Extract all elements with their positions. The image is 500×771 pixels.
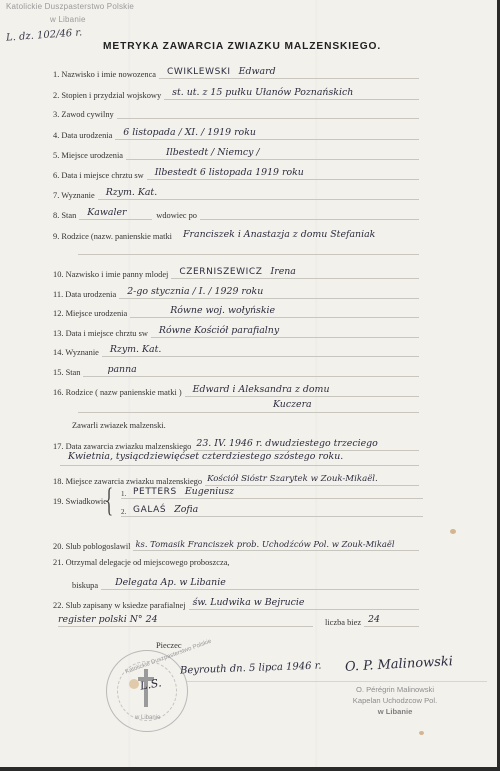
- field-groom-parents: 9. Rodzice (nazw. panienskie matki Franc…: [53, 227, 419, 241]
- groom-birth-date-value: 6 listopada / XI. / 1919 roku: [115, 127, 419, 140]
- bride-name-value: CZERNISZEWICZIrena: [171, 266, 419, 279]
- scan-edge: [0, 767, 500, 771]
- groom-military-rank-value: st. ut. z 15 pułku Ułanów Poznańskich: [164, 87, 419, 100]
- field-parish-registry: 22. Slub zapisany w ksiedze parafialnej …: [53, 596, 419, 610]
- field-groom-baptism: 6. Data i miejsce chrztu sw Ilbestedt 6 …: [53, 166, 419, 180]
- issuer-stamp-line2: w Libanie: [6, 15, 134, 24]
- stain: [419, 731, 424, 735]
- field-bride-baptism: 13. Data i miejsce chrztu sw Równe Kości…: [53, 324, 419, 338]
- field-marriage-date: 17. Data zawarcia zwiazku malzenskiego 2…: [53, 437, 419, 451]
- field-bishop-delegation: biskupa Delegata Ap. w Libanie: [72, 576, 419, 590]
- field-registry-continuation: register polski N° 24 liczba biez 24: [58, 613, 419, 627]
- marriage-date-value: 23. IV. 1946 r. dwudziestego trzeciego: [194, 438, 419, 451]
- stain: [450, 529, 456, 534]
- groom-status-value: Kawaler: [79, 207, 152, 220]
- bride-birth-place-value: Równe woj. wołyńskie: [130, 305, 419, 318]
- issuer-stamp-line1: Katolickie Duszpasterstwo Polskie: [6, 2, 134, 11]
- field-groom-status: 8. Stan Kawaler wdowiec po: [53, 206, 419, 220]
- chaplain-stamp: O. Pérégrin Malinowski Kapelan Uchodzcow…: [340, 684, 450, 717]
- field-groom-religion: 7. Wyznanie Rzym. Kat.: [53, 186, 419, 200]
- place-and-date: Beyrouth dn. 5 lipca 1946 r.: [180, 661, 322, 677]
- bride-parents-value: Edward i Aleksandra z domu: [185, 384, 419, 397]
- field-bride-religion: 14. Wyznanie Rzym. Kat.: [53, 343, 419, 357]
- groom-religion-value: Rzym. Kat.: [98, 187, 419, 200]
- field-bride-status: 15. Stan panna: [53, 363, 419, 377]
- witness-2: 2. GALAŚZofia: [121, 502, 423, 517]
- seal-label: Pieczec: [156, 641, 182, 650]
- reference-number: L. dz. 102/46 r.: [6, 27, 83, 43]
- field-bride-parents: 16. Rodzice ( nazw panienskie matki ) Ed…: [53, 383, 419, 397]
- witness-1: 1. PETTERSEugeniusz: [121, 484, 423, 499]
- groom-civil-occupation-value: [117, 118, 419, 119]
- priest-signature: O. P. Malinowski: [345, 654, 454, 675]
- marriage-certificate: Katolickie Duszpasterstwo Polskie w Liba…: [0, 0, 497, 767]
- field-bride-birth-date: 11. Data urodzenia 2-go stycznia / I. / …: [53, 285, 419, 299]
- groom-birth-place-value: Ilbestedt / Niemcy /: [126, 147, 419, 160]
- parish-registry-value: św. Ludwika w Bejrucie: [189, 597, 419, 610]
- current-number-value: 24: [364, 614, 419, 627]
- bride-birth-date-value: 2-go stycznia / I. / 1929 roku: [119, 286, 419, 299]
- widower-label: wdowiec po: [156, 211, 197, 220]
- field-groom-birth-place: 5. Miejsce urodzenia Ilbestedt / Niemcy …: [53, 146, 419, 160]
- field-bride-birth-place: 12. Miejsce urodzenia Równe woj. wołyńsk…: [53, 304, 419, 318]
- witnesses-field: 19. Swiadkowie { 1. PETTERSEugeniusz 2. …: [53, 484, 423, 520]
- bride-baptism-value: Równe Kościół parafialny: [151, 325, 419, 338]
- groom-baptism-value: Ilbestedt 6 listopada 1919 roku: [147, 167, 419, 180]
- document-title: METRYKA ZAWARCIA ZWIAZKU MALZENSKIEGO.: [103, 41, 381, 52]
- current-number-label: liczba biez: [325, 618, 361, 627]
- field-groom-birth-date: 4. Data urodzenia 6 listopada / XI. / 19…: [53, 126, 419, 140]
- registry-continuation-value: register polski N° 24: [58, 614, 313, 627]
- delegation-label: 21. Otrzymal delegacje od miejscowego pr…: [53, 558, 230, 567]
- brace-icon: {: [105, 484, 113, 518]
- field-bride-name: 10. Nazwisko i imie panny mlodej CZERNIS…: [53, 265, 419, 279]
- groom-name-value: CWIKLEWSKIEdward: [159, 66, 419, 79]
- officiant-value: ks. Tomasik Franciszek prob. Uchodźców P…: [133, 538, 419, 551]
- bride-status-value: panna: [83, 364, 419, 377]
- field-groom-military-rank: 2. Stopien i przydzial wojskowy st. ut. …: [53, 86, 419, 100]
- bride-religion-value: Rzym. Kat.: [102, 344, 419, 357]
- field-officiant: 20. Slub poblogoslawil ks. Tomasik Franc…: [53, 537, 419, 551]
- signature-line: [187, 681, 487, 682]
- field-groom-name: 1. Nazwisko i imie nowozenca CWIKLEWSKIE…: [53, 65, 419, 79]
- marriage-intro: Zawarli zwiazek malzenski.: [72, 421, 166, 430]
- bride-parents-continuation: Kuczera: [78, 399, 419, 413]
- groom-parents-continuation: [78, 240, 419, 255]
- marriage-date-continuation: Kwietnia, tysiącdziewięćset czterdzieste…: [60, 451, 419, 466]
- issuer-stamp: Katolickie Duszpasterstwo Polskie w Liba…: [6, 2, 134, 24]
- bishop-delegation-value: Delegata Ap. w Libanie: [101, 577, 419, 590]
- widower-value: [200, 219, 419, 220]
- field-groom-civil-occupation: 3. Zawod cywilny: [53, 105, 419, 119]
